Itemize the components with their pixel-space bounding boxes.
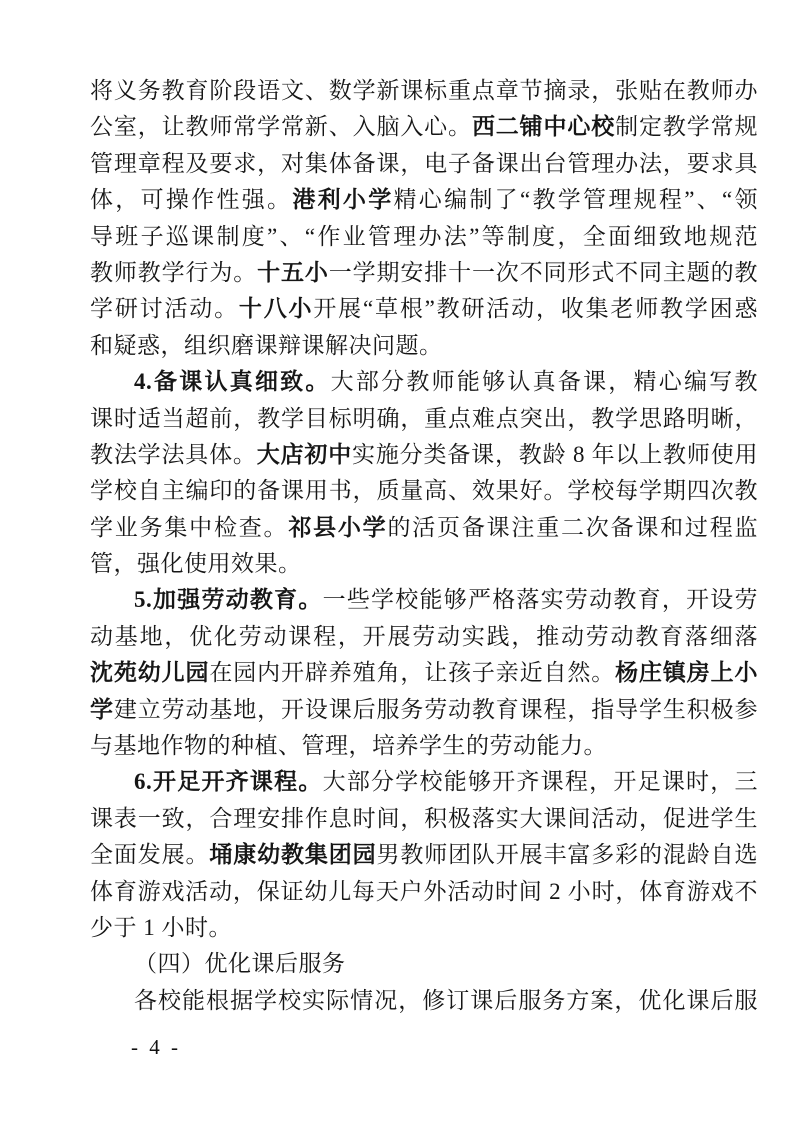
document-line: （四）优化课后服务 (90, 946, 758, 982)
paragraph: 4.备课认真细致。大部分教师能够认真备课，精心编写教案，课时适当超前，教学目标明… (90, 364, 758, 582)
document-line: 学业务集中检查。祁县小学的活页备课注重二次备课和过程监 (90, 510, 758, 546)
text-run: 学校自主编印的备课用书，质量高、效果好。学校每学期四次教 (90, 478, 758, 503)
text-run: 一学期安排十一次不同形式不同主题的教 (329, 260, 758, 285)
text-run: 开展“草根”教研活动，收集老师教学困惑 (313, 296, 758, 321)
text-run: 动基地，优化劳动课程，开展劳动实践，推动劳动教育落细落小。 (90, 624, 758, 655)
text-run: 导班子巡课制度”、“作业管理办法”等制度，全面细致地规范 (90, 224, 758, 249)
document-line: 课表一致，合理安排作息时间，积极落实大课间活动，促进学生 (90, 801, 758, 837)
text-run: 课表一致，合理安排作息时间，积极落实大课间活动，促进学生 (90, 806, 758, 831)
document-line: 6.开足开齐课程。大部分学校能够开齐课程，开足课时，三 (90, 764, 758, 800)
bold-text-run: 4.备课认真细致。 (134, 369, 331, 394)
bold-text-run: 港利小学 (292, 187, 393, 212)
text-run: 与基地作物的种植、管理，培养学生的劳动能力。 (90, 733, 607, 758)
paragraph: 各校能根据学校实际情况，修订课后服务方案，优化课后服 (90, 983, 758, 1019)
document-line: 全面发展。埇康幼教集团园男教师团队开展丰富多彩的混龄自选 (90, 837, 758, 873)
bold-text-run: 十五小 (257, 260, 329, 285)
paragraph: 将义务教育阶段语文、数学新课标重点章节摘录，张贴在教师办公室，让教师常学常新、入… (90, 73, 758, 364)
document-line: 体育游戏活动，保证幼儿每天户外活动时间 2 小时，体育游戏不 (90, 874, 758, 910)
bold-text-run: 杨庄镇房上小 (615, 660, 758, 685)
bold-text-run: 5.加强劳动教育。 (134, 587, 323, 612)
text-run: 公室，让教师常学常新、入脑入心。 (90, 114, 472, 139)
document-line: 学研讨活动。十八小开展“草根”教研活动，收集老师教学困惑 (90, 291, 758, 327)
text-run: 教法学法具体。 (90, 442, 257, 467)
text-run: 建立劳动基地，开设课后服务劳动教育课程，指导学生积极参 (114, 697, 758, 722)
text-run: 制定教学常规 (615, 114, 758, 139)
document-page: 将义务教育阶段语文、数学新课标重点章节摘录，张贴在教师办公室，让教师常学常新、入… (0, 0, 793, 1122)
document-body: 将义务教育阶段语文、数学新课标重点章节摘录，张贴在教师办公室，让教师常学常新、入… (90, 73, 758, 1019)
text-run: （四）优化课后服务 (134, 951, 346, 976)
bold-text-run: 学 (90, 697, 114, 722)
document-line: 与基地作物的种植、管理，培养学生的劳动能力。 (90, 728, 758, 764)
document-line: 5.加强劳动教育。一些学校能够严格落实劳动教育，开设劳 (90, 582, 758, 618)
text-run: 大部分学校能够开齐课程，开足课时，三 (323, 769, 758, 794)
document-line: 公室，让教师常学常新、入脑入心。西二铺中心校制定教学常规 (90, 109, 758, 145)
text-run: 课时适当超前，教学目标明确，重点难点突出，教学思路明晰， (90, 406, 758, 431)
bold-text-run: 埇康幼教集团园 (209, 842, 376, 867)
document-line: 教法学法具体。大店初中实施分类备课，教龄 8 年以上教师使用 (90, 437, 758, 473)
document-line: 导班子巡课制度”、“作业管理办法”等制度，全面细致地规范 (90, 219, 758, 255)
document-line: 学建立劳动基地，开设课后服务劳动教育课程，指导学生积极参 (90, 692, 758, 728)
document-line: 和疑惑，组织磨课辩课解决问题。 (90, 328, 758, 364)
text-run: 管，强化使用效果。 (90, 551, 302, 576)
bold-text-run: 大店初中 (257, 442, 352, 467)
document-line: 将义务教育阶段语文、数学新课标重点章节摘录，张贴在教师办 (90, 73, 758, 109)
bold-text-run: 十八小 (239, 296, 313, 321)
paragraph: 5.加强劳动教育。一些学校能够严格落实劳动教育，开设劳动基地，优化劳动课程，开展… (90, 582, 758, 764)
paragraph: 6.开足开齐课程。大部分学校能够开齐课程，开足课时，三课表一致，合理安排作息时间… (90, 764, 758, 946)
text-run: 各校能根据学校实际情况，修订课后服务方案，优化课后服 (134, 988, 758, 1013)
text-run: 少于 1 小时。 (90, 915, 232, 940)
document-line: 少于 1 小时。 (90, 910, 758, 946)
page-number: - 4 - (131, 1035, 181, 1060)
paragraph: （四）优化课后服务 (90, 946, 758, 982)
text-run: 体育游戏活动，保证幼儿每天户外活动时间 2 小时，体育游戏不 (90, 879, 758, 904)
text-run: 管理章程及要求，对集体备课，电子备课出台管理办法，要求具 (90, 151, 758, 176)
text-run: 在园内开辟养殖角，让孩子亲近自然。 (209, 660, 615, 685)
text-run: 教师教学行为。 (90, 260, 257, 285)
document-line: 各校能根据学校实际情况，修订课后服务方案，优化课后服 (90, 983, 758, 1019)
document-line: 课时适当超前，教学目标明确，重点难点突出，教学思路明晰， (90, 401, 758, 437)
text-run: 和疑惑，组织磨课辩课解决问题。 (90, 333, 443, 358)
text-run: 一些学校能够严格落实劳动教育，开设劳 (323, 587, 758, 612)
text-run: 体，可操作性强。 (90, 187, 292, 212)
document-line: 体，可操作性强。港利小学精心编制了“教学管理规程”、“领 (90, 182, 758, 218)
bold-text-run: 祁县小学 (288, 515, 387, 540)
bold-text-run: 西二铺中心校 (472, 114, 615, 139)
text-run: 精心编制了“教学管理规程”、“领 (394, 187, 758, 212)
document-line: 动基地，优化劳动课程，开展劳动实践，推动劳动教育落细落小。 (90, 619, 758, 655)
document-line: 沈苑幼儿园在园内开辟养殖角，让孩子亲近自然。杨庄镇房上小 (90, 655, 758, 691)
text-run: 学业务集中检查。 (90, 515, 288, 540)
text-run: 将义务教育阶段语文、数学新课标重点章节摘录，张贴在教师办 (90, 78, 758, 103)
bold-text-run: 沈苑幼儿园 (90, 660, 209, 685)
document-line: 管理章程及要求，对集体备课，电子备课出台管理办法，要求具 (90, 146, 758, 182)
document-line: 4.备课认真细致。大部分教师能够认真备课，精心编写教案， (90, 364, 758, 400)
document-line: 学校自主编印的备课用书，质量高、效果好。学校每学期四次教 (90, 473, 758, 509)
text-run: 的活页备课注重二次备课和过程监 (387, 515, 758, 540)
document-line: 管，强化使用效果。 (90, 546, 758, 582)
text-run: 实施分类备课，教龄 8 年以上教师使用 (352, 442, 758, 467)
text-run: 学研讨活动。 (90, 296, 239, 321)
text-run: 男教师团队开展丰富多彩的混龄自选 (376, 842, 758, 867)
document-line: 教师教学行为。十五小一学期安排十一次不同形式不同主题的教 (90, 255, 758, 291)
text-run: 全面发展。 (90, 842, 209, 867)
bold-text-run: 6.开足开齐课程。 (134, 769, 323, 794)
